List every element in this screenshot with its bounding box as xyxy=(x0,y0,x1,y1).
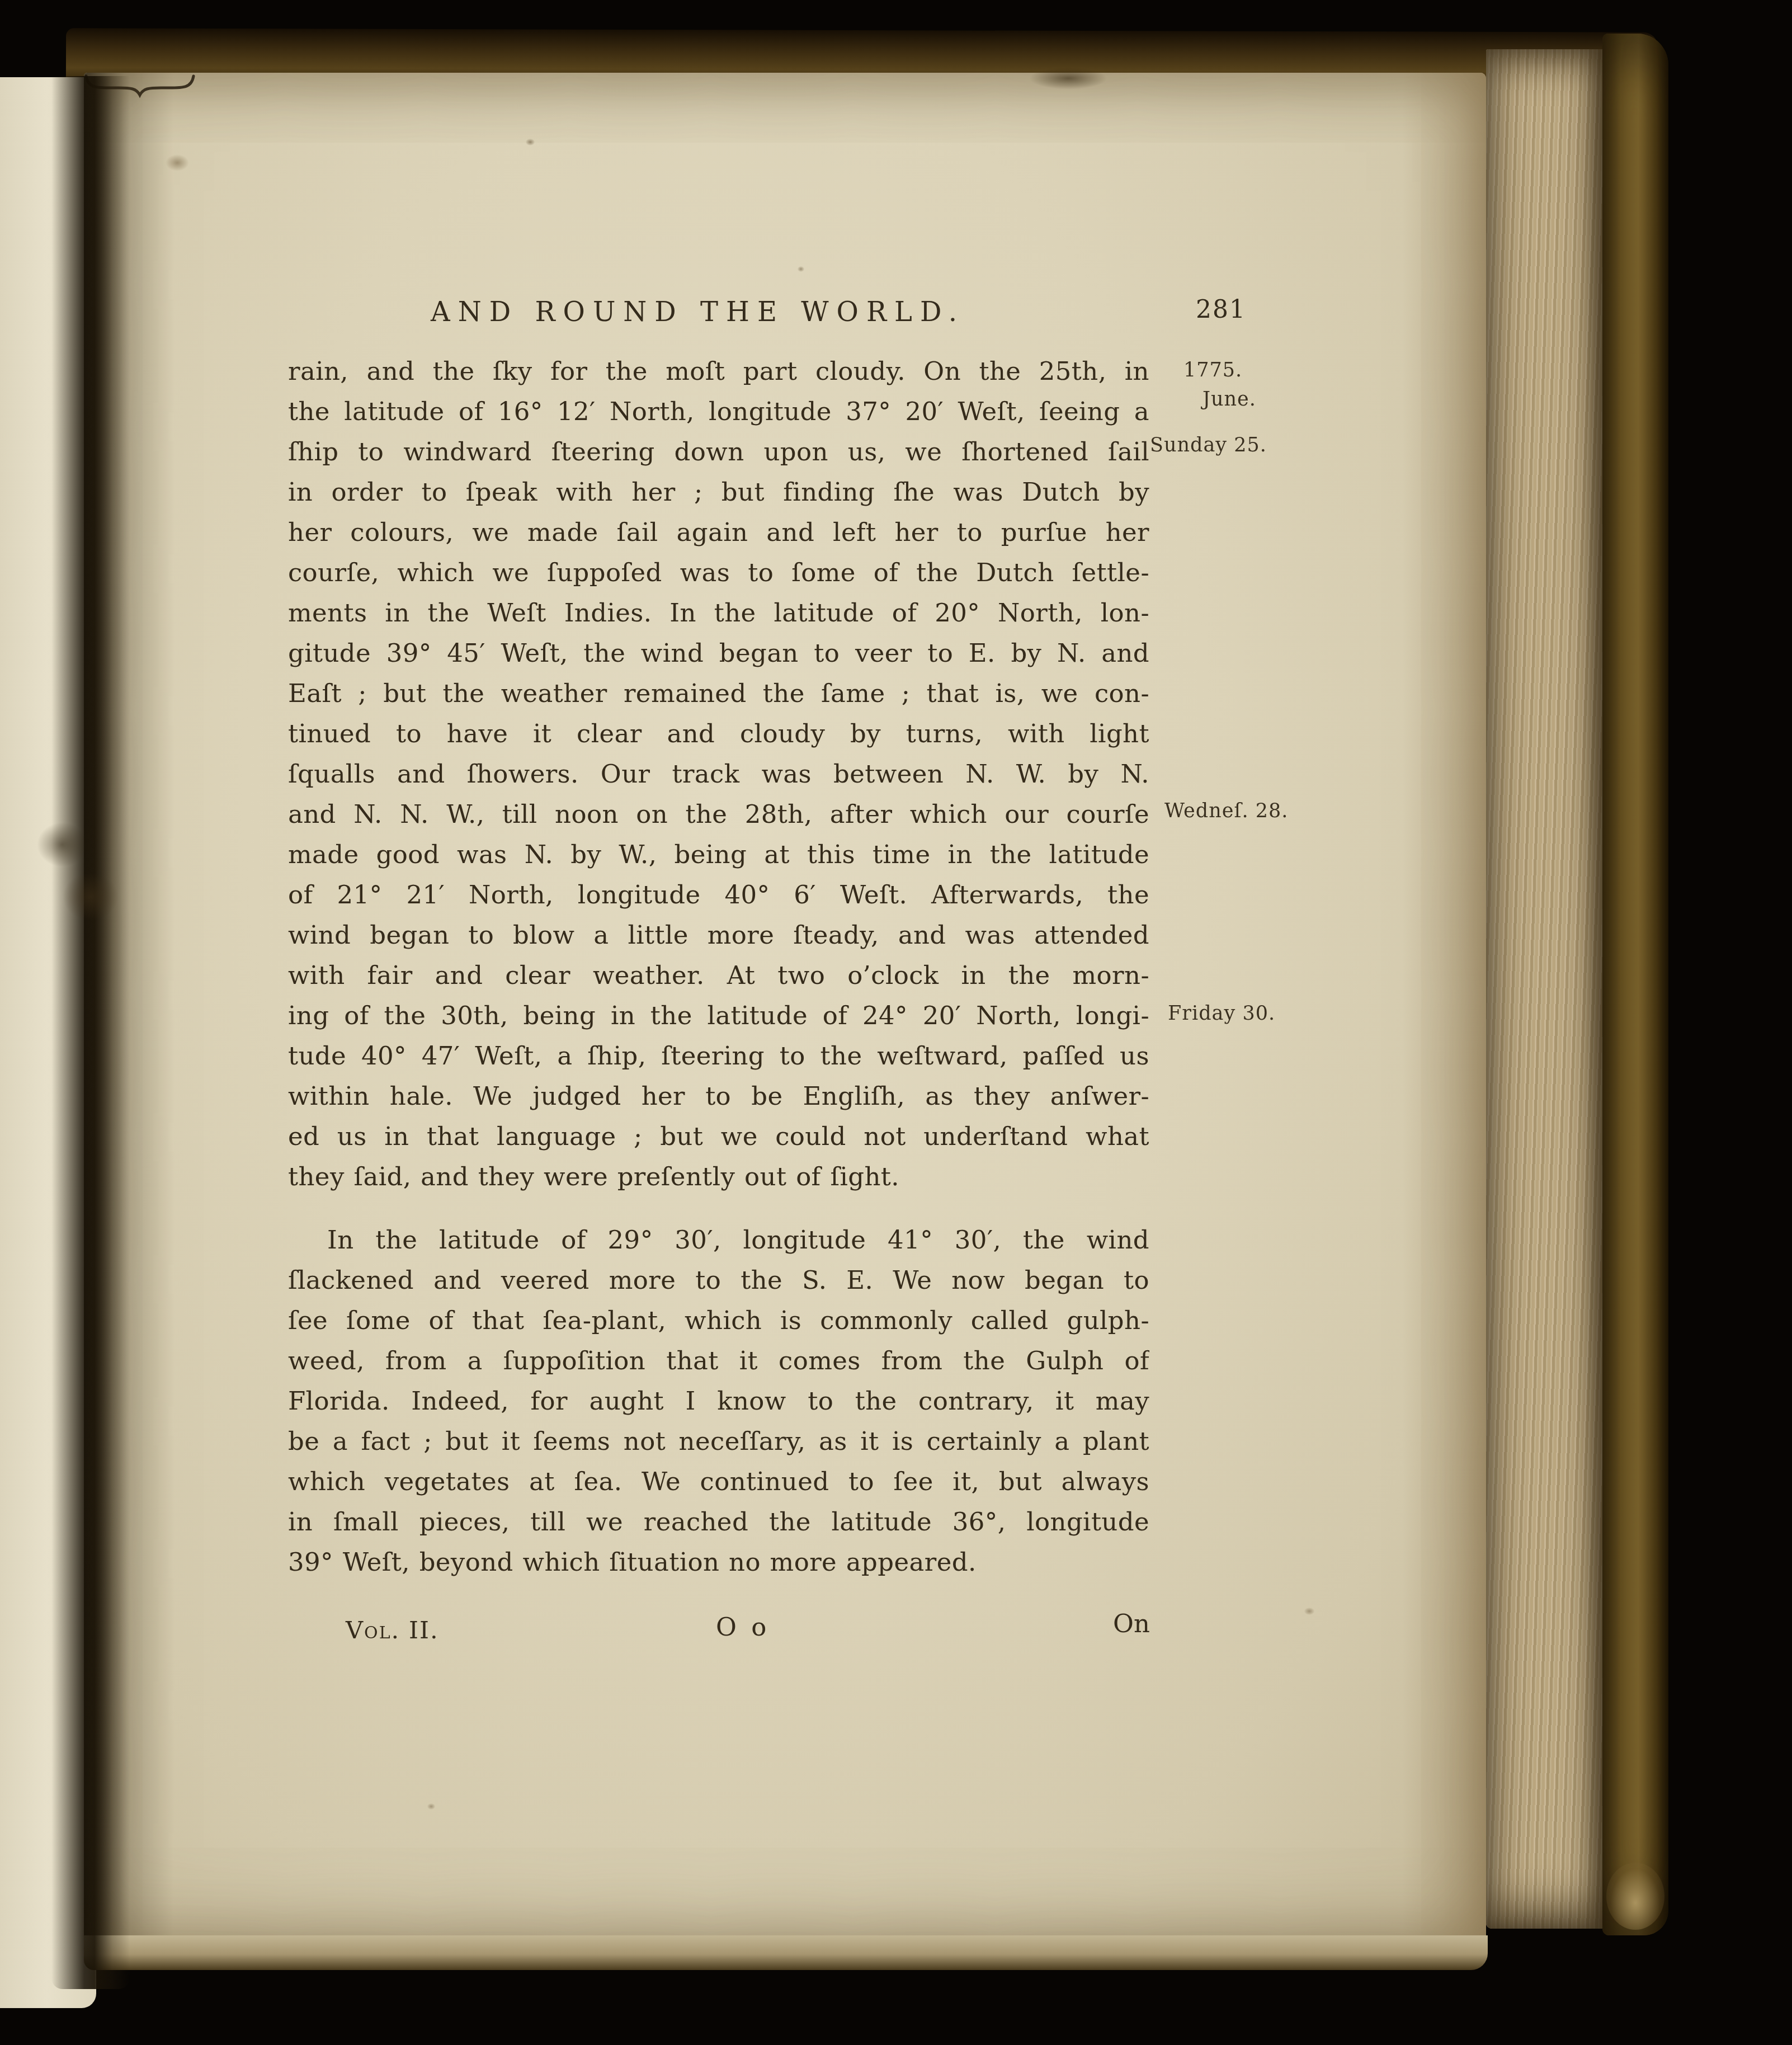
margin-note-friday: Friday 30. xyxy=(1168,1002,1275,1025)
text-line: they ſaid, and they were preſently out o… xyxy=(288,1157,1149,1197)
text-line: made good was N. by W., being at this ti… xyxy=(288,835,1149,875)
text-line: her colours, we made ſail again and left… xyxy=(288,512,1149,553)
margin-note-wednesday: Wedneſ. 28. xyxy=(1164,800,1288,822)
text-line: tude 40° 47′ Weſt, a ſhip, ſteering to t… xyxy=(288,1036,1149,1076)
text-line: Eaſt ; but the weather remained the ſame… xyxy=(288,673,1149,714)
catchword: On xyxy=(1113,1609,1150,1638)
body-text: rain, and the ſky for the moſt part clou… xyxy=(288,351,1149,1582)
text-line: ing of the 30th, being in the latitude o… xyxy=(288,996,1149,1036)
text-line: of 21° 21′ North, longitude 40° 6′ Weſt.… xyxy=(288,875,1149,915)
volume-label: Vol. II. xyxy=(346,1617,439,1645)
text-line: courſe, which we ſuppoſed was to ſome of… xyxy=(288,553,1149,593)
page-stack-fore-edge xyxy=(1486,49,1602,1929)
running-head: AND ROUND THE WORLD. xyxy=(431,296,965,328)
paragraph: In the latitude of 29° 30′, longitude 41… xyxy=(288,1220,1149,1582)
worn-leather-corner xyxy=(1606,1863,1664,1930)
text-line: be a fact ; but it ſeems not neceſſary, … xyxy=(288,1421,1149,1462)
text-line: Florida. Indeed, for aught I know to the… xyxy=(288,1381,1149,1421)
text-line: with fair and clear weather. At two o’cl… xyxy=(288,955,1149,996)
text-line: ſhip to windward ſteering down upon us, … xyxy=(288,432,1149,472)
paragraph: rain, and the ſky for the moſt part clou… xyxy=(288,351,1149,1197)
text-line: which vegetates at ſea. We continued to … xyxy=(288,1462,1149,1502)
text-line: tinued to have it clear and cloudy by tu… xyxy=(288,714,1149,754)
margin-note-sunday: Sunday 25. xyxy=(1150,434,1267,456)
text-line: wind began to blow a little more ſteady,… xyxy=(288,915,1149,955)
text-line: ſee ſome of that ſea-plant, which is com… xyxy=(288,1300,1149,1341)
text-line: gitude 39° 45′ Weſt, the wind began to v… xyxy=(288,633,1149,673)
page-number: 281 xyxy=(1196,295,1246,324)
text-line: weed, from a ſuppoſition that it comes f… xyxy=(288,1341,1149,1381)
text-line: 39° Weſt, beyond which ſituation no more… xyxy=(288,1542,1149,1582)
text-line: and N. N. W., till noon on the 28th, aft… xyxy=(288,794,1149,835)
margin-note-year: 1775. xyxy=(1183,359,1242,381)
book-scan: { "header": { "title": "AND ROUND THE WO… xyxy=(0,0,1792,2045)
text-line: rain, and the ſky for the moſt part clou… xyxy=(288,351,1149,392)
text-line: ſqualls and ſhowers. Our track was betwe… xyxy=(288,754,1149,794)
book-page: AND ROUND THE WORLD. 281 rain, and the ſ… xyxy=(84,73,1486,1945)
text-line: In the latitude of 29° 30′, longitude 41… xyxy=(288,1220,1149,1260)
text-line: ſlackened and veered more to the S. E. W… xyxy=(288,1260,1149,1300)
text-line: ments in the Weſt Indies. In the latitud… xyxy=(288,593,1149,633)
text-line: ed us in that language ; but we could no… xyxy=(288,1116,1149,1157)
leather-cover-edge xyxy=(1602,34,1668,1935)
text-line: the latitude of 16° 12′ North, longitude… xyxy=(288,392,1149,432)
text-line: within hale. We judged her to be Engliſh… xyxy=(288,1076,1149,1116)
text-line: in ſmall pieces, till we reached the lat… xyxy=(288,1502,1149,1542)
margin-note-month: June. xyxy=(1202,388,1256,411)
text-line: in order to ſpeak with her ; but finding… xyxy=(288,472,1149,512)
signature-mark: O o xyxy=(716,1612,770,1642)
gutter-shadow xyxy=(51,76,130,1989)
page-stack-bottom-edge xyxy=(84,1935,1488,1970)
